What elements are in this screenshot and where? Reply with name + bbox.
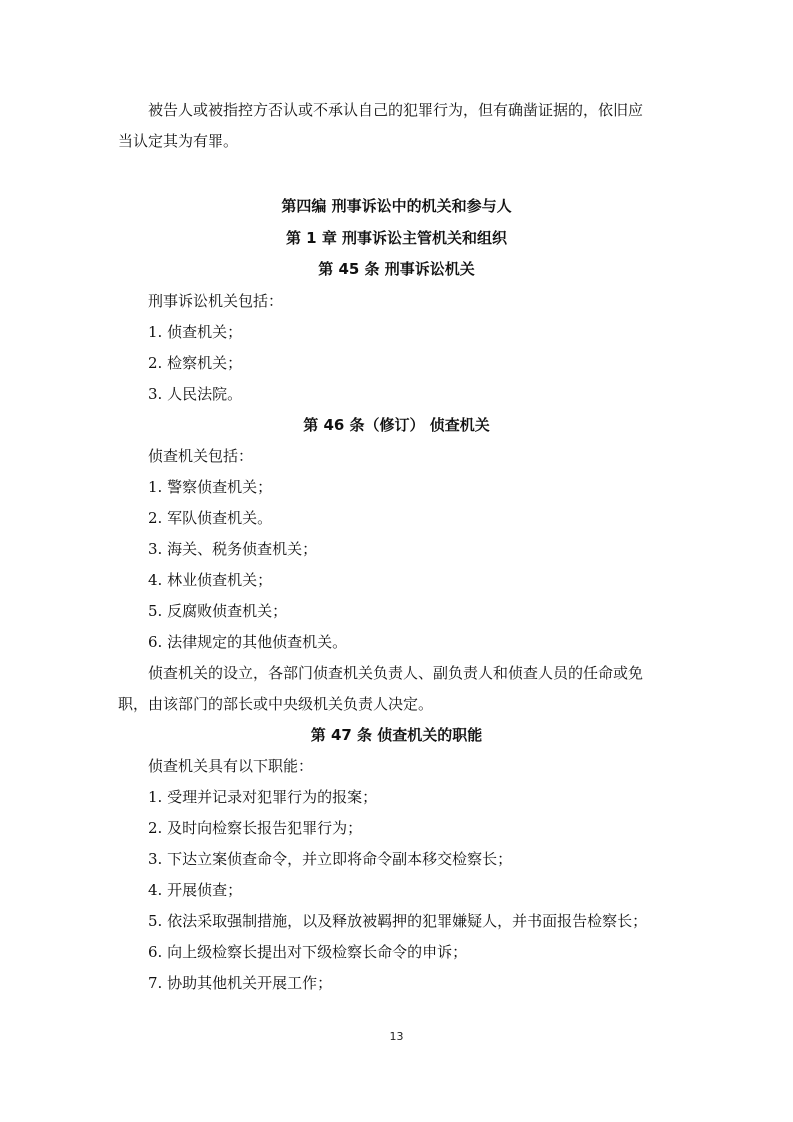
list-item: 5. 依法采取强制措施，以及释放被羁押的犯罪嫌疑人，并书面报告检察长； <box>0 911 793 931</box>
article-46-lead: 侦查机关包括： <box>0 446 793 466</box>
list-item: 2. 军队侦查机关。 <box>0 508 793 528</box>
part-title: 第四编 刑事诉讼中的机关和参与人 <box>0 196 793 216</box>
list-item: 2. 检察机关； <box>0 353 793 373</box>
list-item: 6. 向上级检察长提出对下级检察长命令的申诉； <box>0 942 793 962</box>
list-item: 7. 协助其他机关开展工作； <box>0 973 793 993</box>
list-item: 1. 警察侦查机关； <box>0 477 793 497</box>
article-47-title: 第 47 条 侦查机关的职能 <box>0 725 793 745</box>
list-item: 1. 侦查机关； <box>0 322 793 342</box>
list-item: 4. 林业侦查机关； <box>0 570 793 590</box>
article-46-paragraph-line-1: 侦查机关的设立，各部门侦查机关负责人、副负责人和侦查人员的任命或免 <box>0 663 793 683</box>
article-45-title: 第 45 条 刑事诉讼机关 <box>0 259 793 279</box>
chapter-title: 第 1 章 刑事诉讼主管机关和组织 <box>0 228 793 248</box>
list-item: 1. 受理并记录对犯罪行为的报案； <box>0 787 793 807</box>
list-item: 6. 法律规定的其他侦查机关。 <box>0 632 793 652</box>
list-item: 3. 下达立案侦查命令，并立即将命令副本移交检察长； <box>0 849 793 869</box>
document-page: 被告人或被指控方否认或不承认自己的犯罪行为，但有确凿证据的，依旧应 当认定其为有… <box>0 0 793 1122</box>
page-number: 13 <box>0 1030 793 1043</box>
intro-paragraph-line-2: 当认定其为有罪。 <box>0 131 793 151</box>
list-item: 4. 开展侦查； <box>0 880 793 900</box>
article-46-title: 第 46 条（修订） 侦查机关 <box>0 415 793 435</box>
article-45-lead: 刑事诉讼机关包括： <box>0 291 793 311</box>
list-item: 3. 海关、税务侦查机关； <box>0 539 793 559</box>
list-item: 2. 及时向检察长报告犯罪行为； <box>0 818 793 838</box>
list-item: 5. 反腐败侦查机关； <box>0 601 793 621</box>
intro-paragraph-line-1: 被告人或被指控方否认或不承认自己的犯罪行为，但有确凿证据的，依旧应 <box>0 100 793 120</box>
article-47-lead: 侦查机关具有以下职能： <box>0 756 793 776</box>
article-46-paragraph-line-2: 职，由该部门的部长或中央级机关负责人决定。 <box>0 694 793 714</box>
list-item: 3. 人民法院。 <box>0 384 793 404</box>
